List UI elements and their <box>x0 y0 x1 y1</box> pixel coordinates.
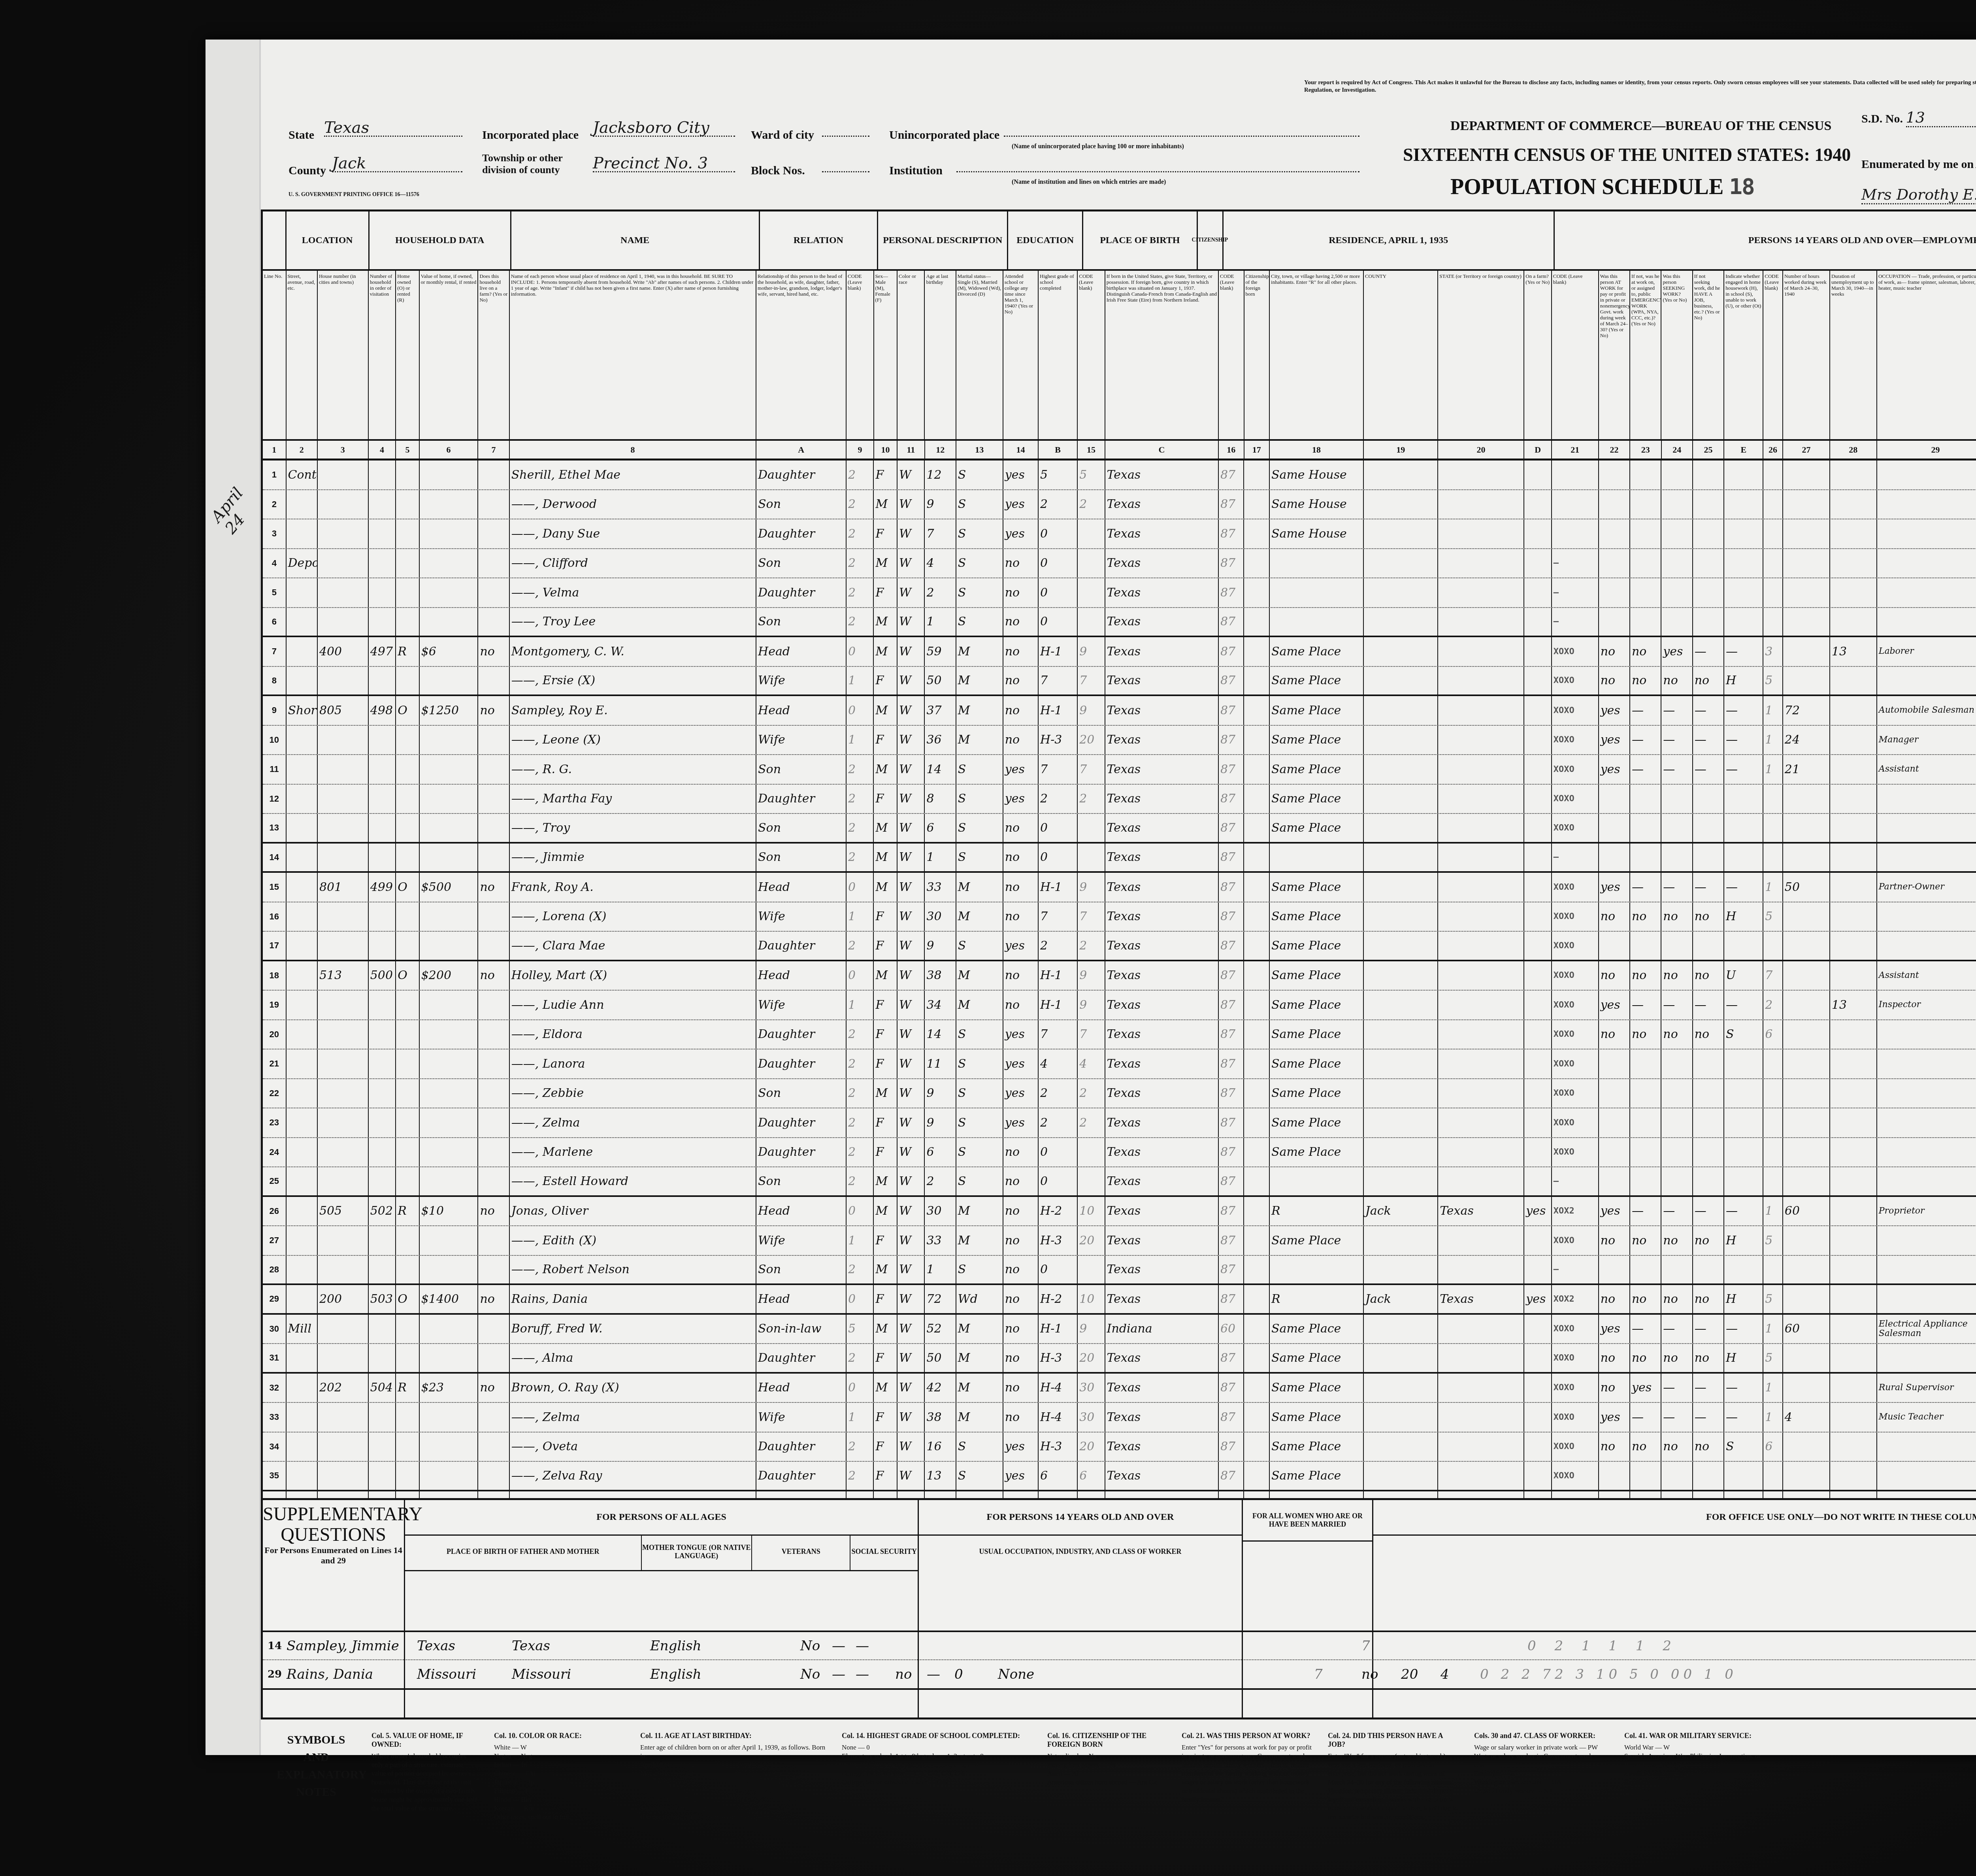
column-number: 13 <box>956 441 1003 459</box>
cell-res: Same Place <box>1270 637 1364 666</box>
supp-mother: Texas <box>500 1638 642 1654</box>
cell-w22: no <box>1630 1285 1661 1313</box>
cell-grade: 0 <box>1039 844 1078 872</box>
cell-farm <box>478 1403 509 1432</box>
cell-farm <box>478 1256 509 1284</box>
cell-cit <box>1244 814 1269 842</box>
cell-race: W <box>897 814 925 842</box>
cell-d: — <box>1552 608 1599 636</box>
cell-own <box>396 1344 420 1372</box>
cell-e <box>1763 490 1783 519</box>
column-header-cit: Citizenship of the foreign born <box>1244 271 1270 439</box>
cell-cnty <box>1364 578 1438 607</box>
cell-st <box>1438 1020 1524 1049</box>
cell-sch: no <box>1003 991 1039 1019</box>
cell-res: Same Place <box>1270 873 1364 902</box>
note-item: August 1939 — 7/12 <box>640 1795 730 1804</box>
cell-rel: Wife <box>756 1226 847 1255</box>
cell-e: 1 <box>1763 1315 1783 1344</box>
cell-w21: no <box>1599 637 1630 666</box>
cell-e: 1 <box>1763 726 1783 755</box>
cell-value <box>420 1403 479 1432</box>
cell-cit <box>1244 726 1269 755</box>
cell-w23 <box>1661 1108 1693 1137</box>
cell-st <box>1438 490 1524 519</box>
cell-cnty <box>1364 932 1438 960</box>
cell-occ <box>1877 1285 1976 1313</box>
cell-cnty <box>1364 608 1438 636</box>
supp-mother: Missouri <box>500 1667 642 1682</box>
cell-street <box>287 519 318 548</box>
cell-d: XOXO <box>1552 1315 1599 1344</box>
cell-street <box>287 1344 318 1372</box>
cell-st <box>1438 902 1524 931</box>
cell-res: Same Place <box>1270 961 1364 990</box>
cell-hrs: 60 <box>1783 1197 1830 1226</box>
cell-a: 2 <box>847 1020 874 1049</box>
cell-birth: Texas <box>1105 1079 1219 1108</box>
cell-c: 87 <box>1219 755 1244 784</box>
cell-c: 87 <box>1219 1108 1244 1137</box>
cell-w25: — <box>1724 1197 1763 1226</box>
cell-name: Sampley, Roy E. <box>510 696 756 725</box>
cell-w22: no <box>1630 637 1661 666</box>
cell-a: 2 <box>847 1432 874 1461</box>
cell-value <box>420 490 479 519</box>
note-item: February 1940 — 1/12 <box>737 1795 826 1804</box>
cell-st <box>1438 637 1524 666</box>
cell-w21 <box>1599 1462 1630 1490</box>
cell-w25: H <box>1724 667 1763 695</box>
cell-sex: M <box>874 549 897 578</box>
cell-rfarm <box>1524 549 1552 578</box>
cell-own: R <box>396 637 420 666</box>
cell-own: O <box>396 873 420 902</box>
cell-sch: yes <box>1003 490 1039 519</box>
column-header-occ: OCCUPATION — Trade, profession, or parti… <box>1877 271 1976 439</box>
cell-hrs <box>1783 844 1830 872</box>
cell-c: 87 <box>1219 1403 1244 1432</box>
cell-res: Same Place <box>1270 991 1364 1019</box>
cell-value <box>420 991 479 1019</box>
cell-age: 38 <box>925 1403 956 1432</box>
cell-house: 202 <box>318 1374 369 1402</box>
cell-line: 7 <box>263 637 287 666</box>
group-birthplace: PLACE OF BIRTH <box>1083 211 1197 269</box>
cell-b: 7 <box>1078 1020 1105 1049</box>
cell-w21 <box>1599 844 1630 872</box>
cell-farm <box>478 814 509 842</box>
cell-w24: — <box>1693 991 1724 1019</box>
cell-house <box>318 461 369 489</box>
cell-d <box>1552 461 1599 489</box>
cell-b: 2 <box>1078 1108 1105 1137</box>
cell-race: W <box>897 1374 925 1402</box>
cell-unemp <box>1830 1285 1877 1313</box>
cell-c: 60 <box>1219 1315 1244 1344</box>
cell-house <box>318 932 369 960</box>
column-header-a: CODE (Leave blank) <box>847 271 874 439</box>
cell-value <box>420 755 479 784</box>
cell-mar: S <box>956 578 1003 607</box>
cell-sex: F <box>874 1226 897 1255</box>
cell-age: 12 <box>925 461 956 489</box>
cell-street <box>287 637 318 666</box>
cell-cnty <box>1364 637 1438 666</box>
township-label: Township or other division of county <box>482 152 585 176</box>
cell-street <box>287 578 318 607</box>
group-location: LOCATION <box>287 211 370 269</box>
cell-e <box>1763 549 1783 578</box>
cell-visit <box>369 549 396 578</box>
cell-birth: Texas <box>1105 490 1219 519</box>
cell-res: R <box>1270 1197 1364 1226</box>
cell-birth: Texas <box>1105 519 1219 548</box>
note-col21-title: Col. 21. WAS THIS PERSON AT WORK? <box>1182 1731 1312 1740</box>
cell-a: 1 <box>847 1226 874 1255</box>
printing-office: U. S. GOVERNMENT PRINTING OFFICE 16—1157… <box>288 192 419 198</box>
table-row: 21——, LanoraDaughter2FW11Syes44Texas87Sa… <box>263 1049 1976 1079</box>
cell-c: 87 <box>1219 902 1244 931</box>
supp-row: 14 Sampley, Jimmie Texas Texas English N… <box>263 1631 1976 1660</box>
cell-value <box>420 726 479 755</box>
note-item: None — 0 <box>842 1743 1031 1752</box>
cell-w21: no <box>1599 1285 1630 1313</box>
cell-house <box>318 1167 369 1195</box>
cell-age: 2 <box>925 1167 956 1195</box>
cell-street: Mill <box>287 1315 318 1344</box>
cell-birth: Texas <box>1105 1285 1219 1313</box>
cell-cit <box>1244 844 1269 872</box>
column-header-st: STATE (or Territory or foreign country) <box>1438 271 1524 439</box>
cell-res: Same Place <box>1270 1079 1364 1108</box>
cell-race: W <box>897 1167 925 1195</box>
cell-e <box>1763 1138 1783 1167</box>
cell-name: Jonas, Oliver <box>510 1197 756 1226</box>
cell-unemp <box>1830 549 1877 578</box>
cell-a: 2 <box>847 1049 874 1078</box>
cell-house <box>318 814 369 842</box>
cell-cnty <box>1364 1138 1438 1167</box>
cell-street <box>287 1167 318 1195</box>
cell-name: ——, Troy <box>510 814 756 842</box>
cell-birth: Indiana <box>1105 1315 1219 1344</box>
cell-st <box>1438 814 1524 842</box>
cell-rel: Daughter <box>756 1108 847 1137</box>
supp-usual-occ-header: USUAL OCCUPATION, INDUSTRY, AND CLASS OF… <box>919 1536 1242 1568</box>
cell-rfarm <box>1524 1344 1552 1372</box>
cell-sex: M <box>874 1197 897 1226</box>
table-row: 15801499O$500noFrank, Roy A.Head0MW33Mno… <box>263 873 1976 902</box>
cell-birth: Texas <box>1105 461 1219 489</box>
county-value: Jack <box>332 154 462 172</box>
cell-hrs <box>1783 932 1830 960</box>
cell-cit <box>1244 1344 1269 1372</box>
column-header-rfarm: On a farm? (Yes or No) <box>1524 271 1552 439</box>
cell-hrs <box>1783 814 1830 842</box>
cell-w22: no <box>1630 1344 1661 1372</box>
cell-grade: H-1 <box>1039 961 1078 990</box>
cell-grade: 0 <box>1039 1256 1078 1284</box>
cell-occ <box>1877 1462 1976 1490</box>
supp-code-j: 7 <box>1361 1638 1409 1654</box>
supp-row: 29 Rains, Dania Missouri Missouri Englis… <box>263 1660 1976 1690</box>
cell-d: XOX2 <box>1552 1285 1599 1313</box>
supp-wages: 0 <box>954 1667 986 1682</box>
cell-e: 1 <box>1763 755 1783 784</box>
state-label: State <box>288 128 314 142</box>
cell-birth: Texas <box>1105 1344 1219 1372</box>
cell-house <box>318 1079 369 1108</box>
table-row: 25——, Estell HowardSon2MW2Sno0Texas87— <box>263 1167 1976 1197</box>
cell-a: 2 <box>847 1108 874 1137</box>
cell-street <box>287 814 318 842</box>
cell-sch: no <box>1003 1344 1039 1372</box>
note-col11-list: April 1939 — 11/12May 1939 — 10/12June 1… <box>640 1761 826 1813</box>
census-sheet: April 24 State Texas County Jack Incorpo… <box>206 40 1976 1755</box>
cell-w24: no <box>1693 1432 1724 1461</box>
cell-w23: — <box>1661 1197 1693 1226</box>
cell-w22 <box>1630 578 1661 607</box>
supp-married-twice: no <box>1361 1667 1401 1682</box>
cell-hrs <box>1783 667 1830 695</box>
cell-visit <box>369 1344 396 1372</box>
cell-res: Same House <box>1270 519 1364 548</box>
note-item: Negro — Neg <box>494 1752 624 1761</box>
cell-w23: no <box>1661 1226 1693 1255</box>
cell-a: 2 <box>847 932 874 960</box>
column-number: 6 <box>420 441 479 459</box>
cell-hrs <box>1783 1226 1830 1255</box>
unincorporated-label: Unincorporated place <box>889 128 999 142</box>
note-item: November 1939 — 4/12 <box>737 1769 826 1778</box>
cell-grade: H-3 <box>1039 1344 1078 1372</box>
note-col5: Col. 5. VALUE OF HOME, IF OWNED: Where o… <box>371 1731 478 1834</box>
cell-value <box>420 667 479 695</box>
cell-house: 513 <box>318 961 369 990</box>
cell-name: Brown, O. Ray (X) <box>510 1374 756 1402</box>
cell-d: — <box>1552 578 1599 607</box>
cell-line: 34 <box>263 1432 287 1461</box>
cell-own <box>396 1167 420 1195</box>
cell-farm <box>478 902 509 931</box>
cell-hrs <box>1783 549 1830 578</box>
cell-w23: no <box>1661 1344 1693 1372</box>
cell-grade: H-1 <box>1039 637 1078 666</box>
cell-line: 15 <box>263 873 287 902</box>
cell-grade: 2 <box>1039 490 1078 519</box>
cell-cit <box>1244 667 1269 695</box>
table-row: 4Depot——, CliffordSon2MW4Sno0Texas87— <box>263 549 1976 579</box>
cell-hrs <box>1783 1049 1830 1078</box>
cell-a: 2 <box>847 519 874 548</box>
ward-value <box>822 119 869 137</box>
cell-mar: S <box>956 549 1003 578</box>
cell-house <box>318 844 369 872</box>
cell-rel: Daughter <box>756 519 847 548</box>
cell-c: 87 <box>1219 1432 1244 1461</box>
cell-a: 2 <box>847 785 874 813</box>
cell-name: ——, Ersie (X) <box>510 667 756 695</box>
cell-sch: yes <box>1003 1108 1039 1137</box>
note-col14: Col. 14. HIGHEST GRADE OF SCHOOL COMPLET… <box>842 1731 1031 1834</box>
cell-w25 <box>1724 519 1763 548</box>
cell-mar: S <box>956 1167 1003 1195</box>
cell-race: W <box>897 1108 925 1137</box>
note-col14-list: None — 0Elementary school, 1st to 8th gr… <box>842 1743 1031 1787</box>
cell-sch: no <box>1003 1167 1039 1195</box>
cell-w23 <box>1661 578 1693 607</box>
cell-visit <box>369 667 396 695</box>
cell-cit <box>1244 578 1269 607</box>
cell-c: 87 <box>1219 1020 1244 1049</box>
cell-value: $1250 <box>420 696 479 725</box>
cell-mar: S <box>956 814 1003 842</box>
cell-rfarm <box>1524 844 1552 872</box>
cell-d: — <box>1552 1167 1599 1195</box>
supp-all-ages-header: FOR PERSONS OF ALL AGES <box>405 1500 918 1536</box>
cell-cnty <box>1364 873 1438 902</box>
cell-name: ——, Velma <box>510 578 756 607</box>
cell-street <box>287 1108 318 1137</box>
cell-race: W <box>897 961 925 990</box>
cell-value <box>420 814 479 842</box>
cell-b: 2 <box>1078 785 1105 813</box>
table-row: 18513500O$200noHolley, Mart (X)Head0MW38… <box>263 961 1976 991</box>
group-education: EDUCATION <box>1008 211 1083 269</box>
cell-farm <box>478 1226 509 1255</box>
cell-occ <box>1877 1079 1976 1108</box>
column-header-race: Color or race <box>897 271 925 439</box>
cell-sex: M <box>874 637 897 666</box>
cell-sex: M <box>874 1167 897 1195</box>
cell-name: ——, Estell Howard <box>510 1167 756 1195</box>
cell-w25 <box>1724 549 1763 578</box>
cell-st <box>1438 1049 1524 1078</box>
cell-occ: Music Teacher <box>1877 1403 1976 1432</box>
cell-sch: no <box>1003 549 1039 578</box>
cell-w24: — <box>1693 726 1724 755</box>
cell-w25: H <box>1724 1226 1763 1255</box>
cell-sch: yes <box>1003 1079 1039 1108</box>
cell-a: 2 <box>847 461 874 489</box>
column-header-res: City, town, or village having 2,500 or m… <box>1270 271 1364 439</box>
cell-cit <box>1244 1226 1269 1255</box>
cell-value <box>420 785 479 813</box>
institution-label: Institution <box>889 164 943 177</box>
cell-mar: M <box>956 1226 1003 1255</box>
cell-age: 1 <box>925 844 956 872</box>
cell-a: 0 <box>847 873 874 902</box>
table-row: 3——, Dany SueDaughter2FW7Syes0Texas87Sam… <box>263 519 1976 549</box>
table-row: 5——, VelmaDaughter2FW2Sno0Texas87— <box>263 578 1976 608</box>
cell-unemp <box>1830 961 1877 990</box>
cell-race: W <box>897 1315 925 1344</box>
cell-farm <box>478 1167 509 1195</box>
cell-e <box>1763 578 1783 607</box>
cell-cit <box>1244 785 1269 813</box>
cell-cit <box>1244 461 1269 489</box>
cell-d: XOXO <box>1552 902 1599 931</box>
cell-name: Rains, Dania <box>510 1285 756 1313</box>
cell-rel: Daughter <box>756 1020 847 1049</box>
column-header-w23: Was this person SEEKING WORK? (Yes or No… <box>1661 271 1693 439</box>
cell-mar: S <box>956 1049 1003 1078</box>
cell-e: 1 <box>1763 1197 1783 1226</box>
column-number: 12 <box>925 441 956 459</box>
cell-sex: F <box>874 667 897 695</box>
note-item: May 1939 — 10/12 <box>640 1769 730 1778</box>
cell-w22 <box>1630 519 1661 548</box>
cell-visit: 500 <box>369 961 396 990</box>
cell-birth: Texas <box>1105 961 1219 990</box>
cell-b: 9 <box>1078 1315 1105 1344</box>
cell-rfarm: yes <box>1524 1285 1552 1313</box>
state-value: Texas <box>324 119 462 137</box>
cell-unemp <box>1830 490 1877 519</box>
cell-rfarm <box>1524 755 1552 784</box>
column-number: D <box>1524 441 1552 459</box>
supp-birth-parents-header: PLACE OF BIRTH OF FATHER AND MOTHER <box>405 1536 642 1570</box>
cell-b: 9 <box>1078 696 1105 725</box>
cell-own: O <box>396 1285 420 1313</box>
cell-own <box>396 1049 420 1078</box>
note-item: September 1939 — 6/12 <box>640 1804 730 1813</box>
cell-farm <box>478 667 509 695</box>
cell-street: Short <box>287 696 318 725</box>
department-title: DEPARTMENT OF COMMERCE—BUREAU OF THE CEN… <box>1450 119 1831 134</box>
column-number: E <box>1724 441 1763 459</box>
cell-d: XOXO <box>1552 726 1599 755</box>
cell-grade: 2 <box>1039 785 1078 813</box>
cell-c: 87 <box>1219 1079 1244 1108</box>
cell-w23: no <box>1661 667 1693 695</box>
cell-d <box>1552 519 1599 548</box>
cell-name: ——, Lorena (X) <box>510 902 756 931</box>
cell-street <box>287 902 318 931</box>
cell-grade: 7 <box>1039 667 1078 695</box>
cell-c: 87 <box>1219 578 1244 607</box>
cell-w22: — <box>1630 755 1661 784</box>
cell-rfarm <box>1524 1462 1552 1490</box>
cell-res <box>1270 608 1364 636</box>
cell-value: $10 <box>420 1197 479 1226</box>
cell-w25: — <box>1724 726 1763 755</box>
cell-st <box>1438 785 1524 813</box>
column-header-farm: Does this household live on a farm? (Yes… <box>478 271 509 439</box>
column-header-w21: Was this person AT WORK for pay or profi… <box>1599 271 1630 439</box>
supp-line: 29 <box>263 1668 287 1680</box>
column-number: 21 <box>1552 441 1599 459</box>
cell-w23 <box>1661 1462 1693 1490</box>
cell-res: Same Place <box>1270 1432 1364 1461</box>
supp-mother-tongue-header: MOTHER TONGUE (OR NATIVE LANGUAGE) <box>642 1536 752 1570</box>
cell-value <box>420 519 479 548</box>
cell-w21: yes <box>1599 726 1630 755</box>
cell-d: XOXO <box>1552 1108 1599 1137</box>
column-number: 11 <box>897 441 925 459</box>
cell-res <box>1270 1256 1364 1284</box>
cell-w22: no <box>1630 902 1661 931</box>
cell-cit <box>1244 637 1269 666</box>
cell-hrs <box>1783 902 1830 931</box>
cell-name: ——, Clifford <box>510 549 756 578</box>
cell-grade: H-3 <box>1039 1226 1078 1255</box>
cell-mar: S <box>956 519 1003 548</box>
cell-b: 9 <box>1078 873 1105 902</box>
group-employment: PERSONS 14 YEARS OLD AND OVER—EMPLOYMENT… <box>1555 211 1976 269</box>
cell-res: Same Place <box>1270 1374 1364 1402</box>
